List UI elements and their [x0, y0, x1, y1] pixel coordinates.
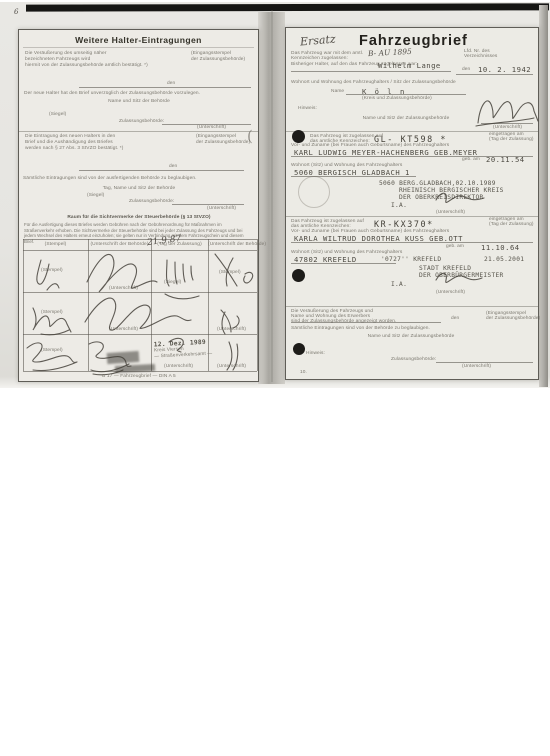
divider	[23, 47, 254, 48]
seal-label: (Siegel)	[49, 112, 66, 118]
signature-squiggle	[215, 254, 253, 286]
entry-note: Sämtliche Eintragungen sind von der ausf…	[23, 176, 197, 182]
entry-label: Brief und die Aushändigung des Briefes	[25, 140, 113, 146]
fold-crease	[271, 10, 273, 382]
divider	[19, 131, 258, 132]
signature-squiggle	[436, 273, 482, 282]
scan-right-edge	[539, 5, 548, 387]
entry-label: hiermit von der Zulassungsbehörde amtlic…	[25, 63, 148, 69]
signature-squiggle	[33, 308, 71, 335]
stamp-arc-mark: (	[247, 127, 253, 145]
entry-label: bezeichneten Fahrzeugs wird	[25, 57, 90, 63]
signature-label: (Unterschrift)	[197, 125, 226, 131]
signature-squiggle	[476, 101, 538, 126]
fill-line	[172, 204, 244, 205]
corner-page-number: 6	[14, 8, 18, 16]
entry-label: Die Veräußerung des umseitig näher	[25, 51, 107, 57]
left-page-weitere-halter: Weitere Halter-Eintragungen Die Veräußer…	[18, 29, 259, 382]
center-label: Name und Sitz der Behörde	[59, 99, 219, 105]
seal-label: (Siegel)	[87, 193, 104, 199]
stamp-label: (Eingangsstempel	[191, 51, 231, 57]
entry-label: werden nach § 27 Abs. 3 StVZO bestätigt.…	[25, 146, 123, 152]
signature-squiggle	[87, 254, 157, 292]
form-footer: B 17 — Fahrzeugbrief — DIN A 5	[39, 374, 239, 380]
signature-squiggle	[165, 260, 199, 299]
center-label: Tag, Name und Sitz der Behörde	[64, 186, 214, 192]
stamp-label: der Zulassungsbehörde)	[191, 57, 245, 63]
entry-label: Die Eintragung des neuen Halters in den	[25, 134, 115, 140]
authority-label: Zulassungsbehörde:	[129, 199, 174, 205]
den-label: den	[167, 81, 175, 87]
signature-squiggle	[27, 343, 77, 371]
left-page-title: Weitere Halter-Eintragungen	[19, 35, 258, 45]
stamp-label: (Eingangsstempel	[196, 134, 236, 140]
den-label: den	[169, 164, 177, 170]
signature-label: (Unterschrift)	[207, 206, 236, 212]
entry-note: Der neue Halter hat den Brief unverzügli…	[24, 91, 200, 97]
signature-squiggle	[37, 260, 59, 290]
scanner-edge-bar	[26, 3, 549, 11]
signature-squiggle	[227, 342, 238, 370]
authority-label: Zulassungsbehörde:	[119, 119, 164, 125]
fill-line	[79, 87, 251, 88]
signatures-overlay	[286, 28, 538, 378]
signature-squiggle	[169, 338, 183, 352]
tax-section-title: Raum für die Sichtvermerke der Steuerbeh…	[39, 215, 239, 221]
scanned-document-page: { "common": { "den": "den", "sig": "(Unt…	[0, 0, 550, 756]
signature-squiggle	[85, 298, 191, 330]
signature-squiggle	[89, 342, 131, 375]
fill-line	[79, 170, 244, 171]
signature-squiggle	[221, 310, 239, 334]
right-page-fahrzeugbrief: Ersatz Fahrzeugbrief Das Fahrzeug war mi…	[285, 27, 539, 380]
stamp-label: der Zulassungsbehörde)	[196, 140, 250, 146]
signatures-overlay	[19, 230, 258, 380]
signature-squiggle	[436, 193, 484, 202]
document-scan: 6 Weitere Halter-Eintragungen Die Veräuß…	[0, 2, 550, 388]
